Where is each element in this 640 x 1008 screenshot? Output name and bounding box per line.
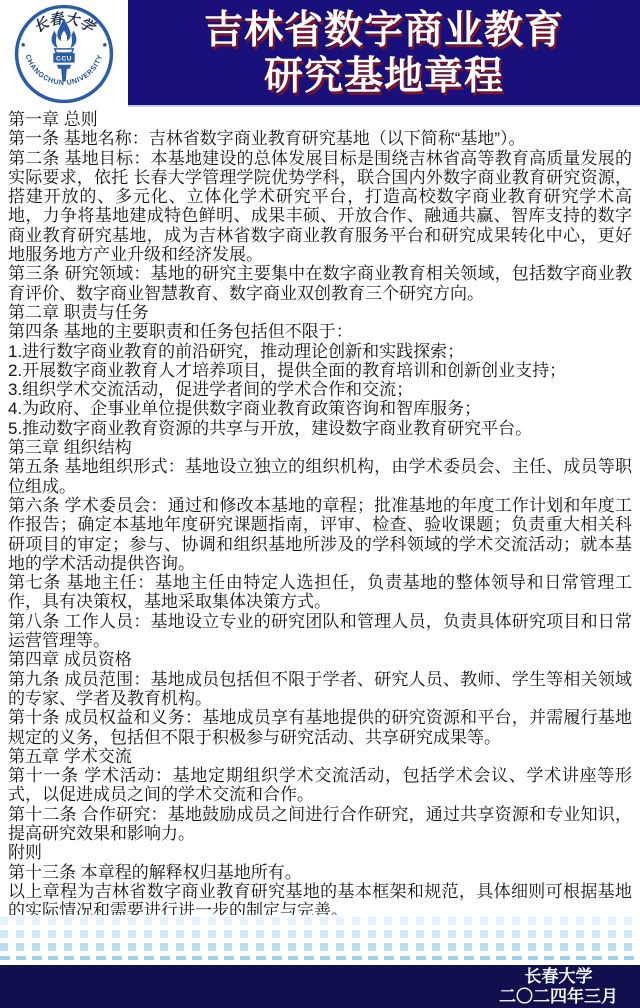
charter-closing: 以上章程为吉林省数字商业教育研究基地的基本框架和规范，具体细则可根据基地的实际情… [8, 882, 632, 915]
dash-row [0, 956, 640, 960]
charter-task-item: 4.为政府、企事业单位提供数字商业教育政策咨询和智库服务； [8, 399, 632, 418]
charter-article: 第七条 基地主任：基地主任由特定人选担任，负责基地的整体领导和日常管理工作，具有… [8, 573, 632, 612]
charter-article: 第九条 成员范围：基地成员包括但不限于学者、研究人员、教师、学生等相关领域的专家… [8, 670, 632, 709]
chapter-heading: 第一章 总则 [8, 110, 632, 129]
footer-signature: 长春大学 二〇二四年三月 [499, 967, 618, 1007]
chapter-heading: 第五章 学术交流 [8, 747, 632, 766]
chapter-heading: 第三章 组织结构 [8, 438, 632, 457]
page-header: 长春大学 CHANGCHUN UNIVERSITY CCU 吉林 [0, 0, 640, 107]
university-logo-box: 长春大学 CHANGCHUN UNIVERSITY CCU [0, 0, 128, 107]
chapter-heading: 附则 [8, 843, 632, 862]
page-footer: 长春大学 二〇二四年三月 [0, 965, 640, 1008]
charter-article: 第六条 学术委员会：通过和修改本基地的章程；批准基地的年度工作计划和年度工作报告… [8, 496, 632, 573]
chapter-heading: 第四章 成员资格 [8, 650, 632, 669]
dotted-fade-pattern [0, 915, 640, 965]
charter-article: 第五条 基地组织形式：基地设立独立的组织机构，由学术委员会、主任、成员等职位组成… [8, 457, 632, 496]
charter-article: 第十三条 本章程的解释权归基地所有。 [8, 863, 632, 882]
chapter-heading: 第二章 职责与任务 [8, 303, 632, 322]
charter-article: 第十二条 合作研究：基地鼓励成员之间进行合作研究，通过共享资源和专业知识，提高研… [8, 805, 632, 844]
charter-task-item: 1.进行数字商业教育的前沿研究，推动理论创新和实践探索； [8, 342, 632, 361]
document-title-line-2: 研究基地章程 [264, 53, 504, 99]
dot-row [0, 930, 640, 938]
charter-article: 第三条 研究领域：基地的研究主要集中在数字商业教育相关领域，包括数字商业教育评价… [8, 264, 632, 303]
charter-article: 第一条 基地名称：吉林省数字商业教育研究基地（以下简称“基地”）。 [8, 129, 632, 148]
charter-article: 第十一条 学术活动：基地定期组织学术交流活动，包括学术会议、学术讲座等形式，以促… [8, 766, 632, 805]
charter-body: 第一章 总则 第一条 基地名称：吉林省数字商业教育研究基地（以下简称“基地”）。… [0, 107, 640, 915]
charter-task-item: 5.推动数字商业教育资源的共享与开放，建设数字商业教育研究平台。 [8, 419, 632, 438]
charter-article: 第八条 工作人员：基地设立专业的研究团队和管理人员，负责具体研究项目和日常运营管… [8, 612, 632, 651]
charter-document-page: 长春大学 CHANGCHUN UNIVERSITY CCU 吉林 [0, 0, 640, 1008]
footer-date: 二〇二四年三月 [499, 987, 618, 1007]
charter-article: 第二条 基地目标：本基地建设的总体发展目标是围绕吉林省高等教育高质量发展的实际要… [8, 149, 632, 265]
charter-task-item: 3.组织学术交流活动，促进学者间的学术合作和交流； [8, 380, 632, 399]
footer-university-name: 长春大学 [499, 967, 618, 987]
ccu-university-logo-icon: 长春大学 CHANGCHUN UNIVERSITY CCU [13, 3, 115, 105]
title-banner: 吉林省数字商业教育 研究基地章程 [128, 0, 640, 107]
charter-article: 第十条 成员权益和义务：基地成员享有基地提供的研究资源和平台，并需履行基地规定的… [8, 708, 632, 747]
charter-task-item: 2.开展数字商业教育人才培养项目，提供全面的教育培训和创新创业支持； [8, 361, 632, 380]
charter-article: 第四条 基地的主要职责和任务包括但不限于： [8, 322, 632, 341]
dot-row [0, 917, 640, 925]
document-title-line-1: 吉林省数字商业教育 [204, 7, 564, 53]
dot-row [0, 943, 640, 951]
svg-text:CCU: CCU [56, 55, 72, 62]
